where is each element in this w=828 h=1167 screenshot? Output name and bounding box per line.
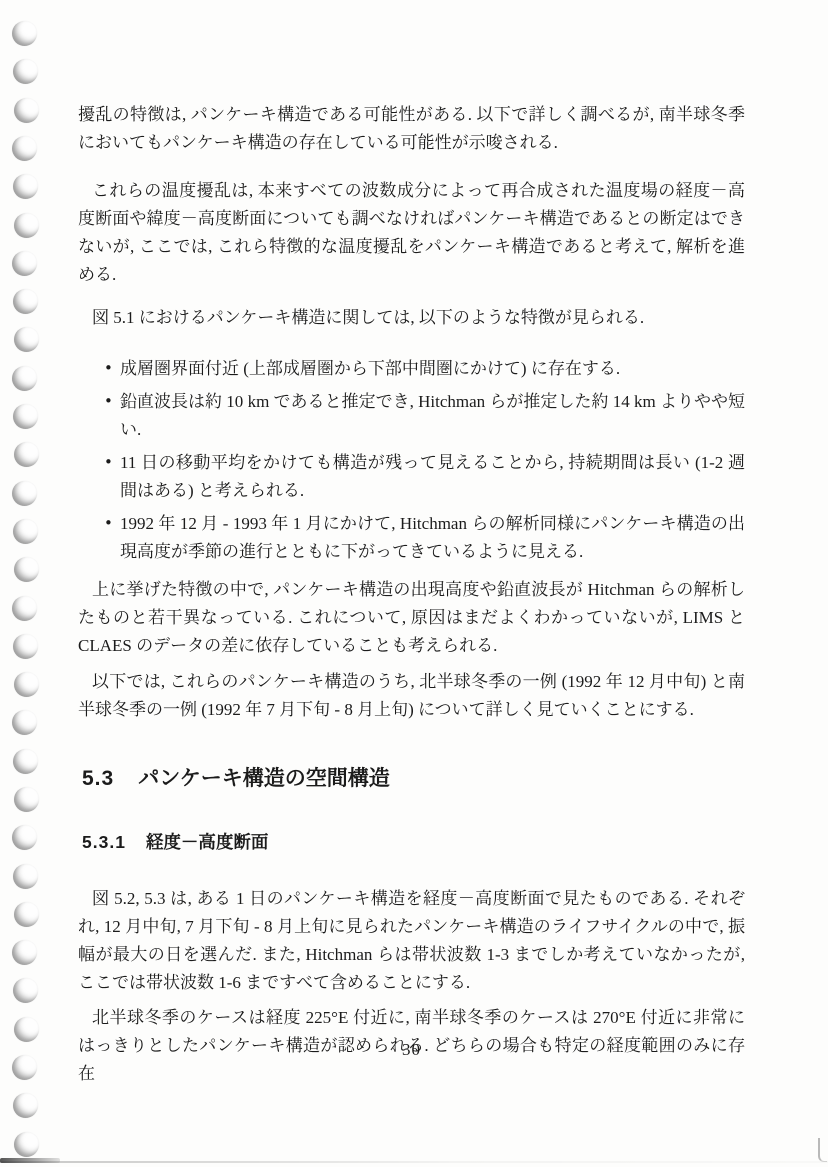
bullet-icon: • <box>104 509 113 537</box>
binding-hole <box>14 442 39 467</box>
intro-paragraph-2: これらの温度擾乱は, 本来すべての波数成分によって再合成された温度場の経度－高度… <box>78 177 745 289</box>
binding-hole <box>14 787 39 812</box>
binding-hole <box>13 289 38 314</box>
binding-hole <box>13 59 38 84</box>
feature-text: 1992 年 12 月 - 1993 年 1 月にかけて, Hitchman ら… <box>120 514 745 561</box>
binding-hole <box>14 213 39 238</box>
binding-hole <box>12 481 37 506</box>
binding-hole <box>14 902 39 927</box>
intro-paragraph-1: 擾乱の特徴は, パンケーキ構造である可能性がある. 以下で詳しく調べるが, 南半… <box>78 101 745 157</box>
bullet-icon: • <box>104 387 113 415</box>
subsection-title: 経度－高度断面 <box>146 832 269 852</box>
page-content: 擾乱の特徴は, パンケーキ構造である可能性がある. 以下で詳しく調べるが, 南半… <box>78 101 745 1088</box>
binding-hole <box>14 1132 39 1157</box>
binding-hole <box>12 825 37 850</box>
binding-hole <box>14 1017 39 1042</box>
binding-hole <box>14 557 39 582</box>
section-heading: 5.3パンケーキ構造の空間構造 <box>82 766 745 792</box>
binding-hole <box>13 749 38 774</box>
discussion-paragraph-1: 上に挙げた特徴の中で, パンケーキ構造の出現高度や鉛直波長が Hitchman … <box>78 576 745 660</box>
feature-text: 鉛直波長は約 10 km であると推定でき, Hitchman らが推定した約 … <box>120 392 745 439</box>
binding-hole <box>14 672 39 697</box>
binding-hole <box>12 940 37 965</box>
subsection-heading: 5.3.1経度－高度断面 <box>82 830 745 854</box>
feature-text: 成層圏界面付近 (上部成層圏から下部中間圏にかけて) に存在する. <box>120 359 620 378</box>
binding-hole <box>13 634 38 659</box>
binding-hole <box>13 1093 38 1118</box>
feature-item: • 1992 年 12 月 - 1993 年 1 月にかけて, Hitchman… <box>120 510 745 566</box>
binding-hole <box>13 864 38 889</box>
section-title: パンケーキ構造の空間構造 <box>138 767 390 790</box>
binding-hole <box>12 1055 37 1080</box>
section-number: 5.3 <box>82 767 114 790</box>
body-paragraph-1: 図 5.2, 5.3 は, ある 1 日のパンケーキ構造を経度－高度断面で見たも… <box>78 885 745 997</box>
scan-artifact-right-edge <box>818 1138 827 1162</box>
bullet-icon: • <box>104 448 113 476</box>
binding-hole <box>14 98 39 123</box>
feature-list: • 成層圏界面付近 (上部成層圏から下部中間圏にかけて) に存在する. • 鉛直… <box>78 355 745 566</box>
intro-paragraph-3: 図 5.1 におけるパンケーキ構造に関しては, 以下のような特徴が見られる. <box>78 304 745 332</box>
feature-item: • 成層圏界面付近 (上部成層圏から下部中間圏にかけて) に存在する. <box>120 355 745 383</box>
binding-hole <box>12 251 37 276</box>
discussion-paragraph-2: 以下では, これらのパンケーキ構造のうち, 北半球冬季の一例 (1992 年 1… <box>78 668 745 724</box>
binding-hole <box>12 710 37 735</box>
binding-hole <box>13 978 38 1003</box>
binding-hole <box>12 596 37 621</box>
binding-hole <box>12 21 37 46</box>
feature-text: 11 日の移動平均をかけても構造が残って見えることから, 持続期間は長い (1-… <box>120 453 745 500</box>
feature-item: • 11 日の移動平均をかけても構造が残って見えることから, 持続期間は長い (… <box>120 449 745 505</box>
scanned-page: 擾乱の特徴は, パンケーキ構造である可能性がある. 以下で詳しく調べるが, 南半… <box>0 0 828 1167</box>
binding-holes <box>0 0 60 1167</box>
page-number: 30 <box>78 1040 745 1060</box>
binding-hole <box>12 136 37 161</box>
scan-artifact-bottom-line <box>0 1161 828 1163</box>
binding-hole <box>13 404 38 429</box>
binding-hole <box>13 174 38 199</box>
subsection-number: 5.3.1 <box>82 832 126 852</box>
bullet-icon: • <box>104 354 113 382</box>
binding-hole <box>12 366 37 391</box>
binding-hole <box>13 519 38 544</box>
feature-item: • 鉛直波長は約 10 km であると推定でき, Hitchman らが推定した… <box>120 388 745 444</box>
binding-hole <box>14 327 39 352</box>
scan-artifact-bottom-left <box>0 1158 60 1163</box>
